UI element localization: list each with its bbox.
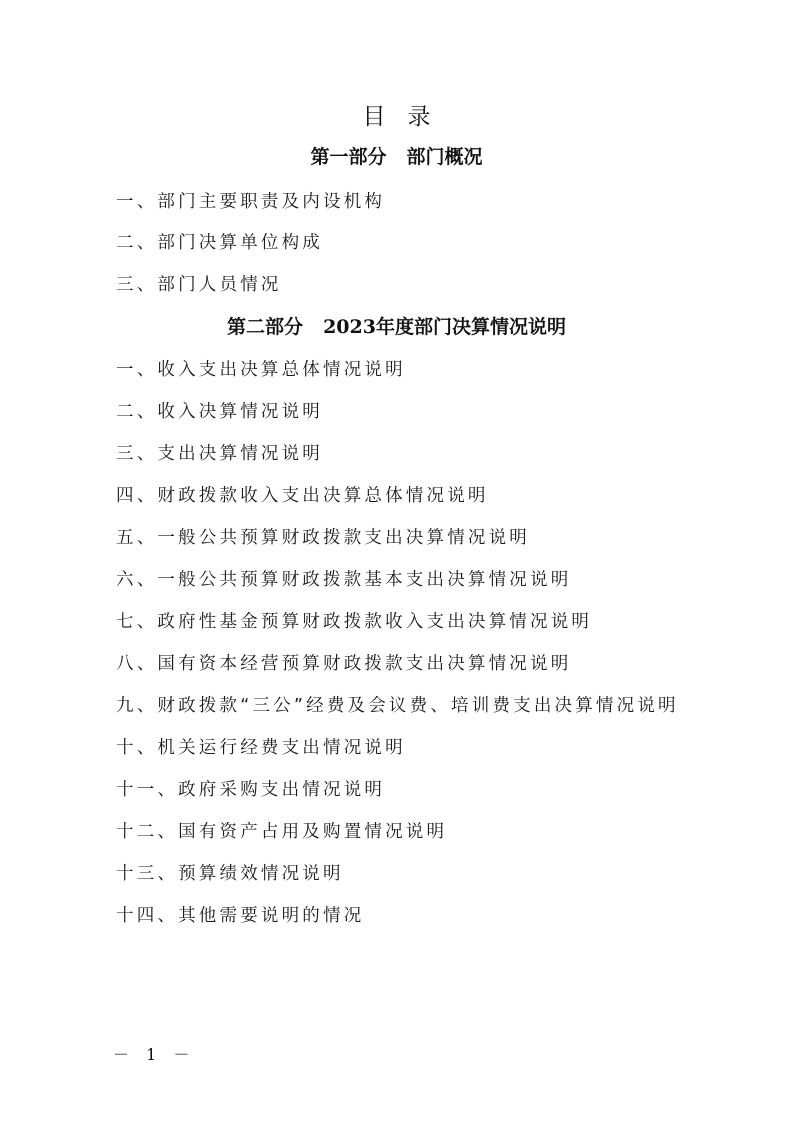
part1-heading-prefix: 第一部分 — [310, 146, 386, 168]
toc-item[interactable]: 四、财政拨款收入支出决算总体情况说明 — [116, 483, 489, 509]
toc-item[interactable]: 十二、国有资产占用及购置情况说明 — [116, 819, 447, 845]
toc-item[interactable]: 一、部门主要职责及内设机构 — [116, 189, 385, 215]
document-page: 目录 第一部分部门概况 一、部门主要职责及内设机构 二、部门决算单位构成 三、部… — [0, 0, 793, 1122]
toc-item[interactable]: 二、部门决算单位构成 — [116, 230, 323, 256]
toc-item[interactable]: 十四、其他需要说明的情况 — [116, 903, 364, 929]
toc-item[interactable]: 五、一般公共预算财政拨款支出决算情况说明 — [116, 525, 530, 551]
toc-item[interactable]: 三、部门人员情况 — [116, 272, 282, 298]
toc-item[interactable]: 九、财政拨款“三公”经费及会议费、培训费支出决算情况说明 — [116, 693, 679, 719]
part1-heading: 第一部分部门概况 — [0, 143, 793, 171]
toc-item[interactable]: 十三、预算绩效情况说明 — [116, 861, 344, 887]
toc-item[interactable]: 一、收入支出决算总体情况说明 — [116, 357, 406, 383]
toc-item[interactable]: 十、机关运行经费支出情况说明 — [116, 735, 406, 761]
toc-item[interactable]: 三、支出决算情况说明 — [116, 441, 323, 467]
part1-heading-title: 部门概况 — [407, 146, 483, 168]
toc-item[interactable]: 八、国有资本经营预算财政拨款支出决算情况说明 — [116, 651, 571, 677]
toc-item[interactable]: 二、收入决算情况说明 — [116, 399, 323, 425]
toc-item[interactable]: 六、一般公共预算财政拨款基本支出决算情况说明 — [116, 567, 571, 593]
toc-title: 目录 — [0, 100, 793, 134]
page-number: － 1 － — [113, 1044, 195, 1066]
part2-heading: 第二部分2023年度部门决算情况说明 — [0, 313, 793, 341]
part2-heading-prefix: 第二部分 — [227, 316, 303, 338]
toc-item[interactable]: 十一、政府采购支出情况说明 — [116, 777, 385, 803]
part2-heading-title: 2023年度部门决算情况说明 — [323, 316, 566, 338]
toc-item[interactable]: 七、政府性基金预算财政拨款收入支出决算情况说明 — [116, 609, 592, 635]
